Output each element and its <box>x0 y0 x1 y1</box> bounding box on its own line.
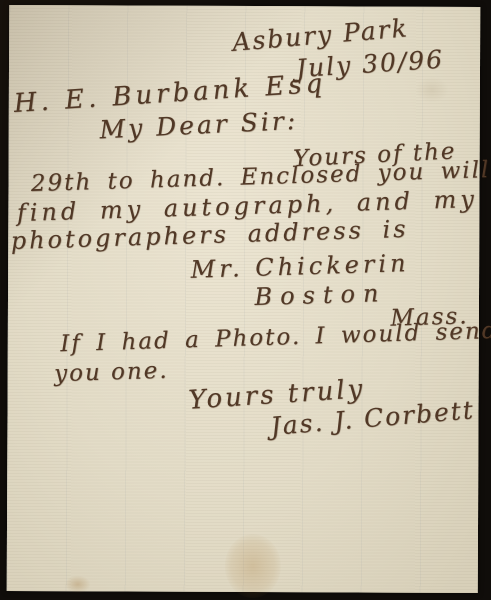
paper-stain <box>65 575 91 593</box>
letter-line-body-8: If I had a Photo. I would send <box>60 318 491 357</box>
letter-line-body-9: you one. <box>54 358 169 387</box>
paper-stain <box>225 534 281 598</box>
letter-line-salutation: My Dear Sir: <box>99 106 299 145</box>
paper-stain <box>415 77 449 103</box>
letter-paper: Asbury Park July 30/96 H. E. Burbank Esq… <box>7 5 481 593</box>
letter-scan: Asbury Park July 30/96 H. E. Burbank Esq… <box>0 0 491 600</box>
letter-line-body-6: Boston <box>254 279 387 311</box>
